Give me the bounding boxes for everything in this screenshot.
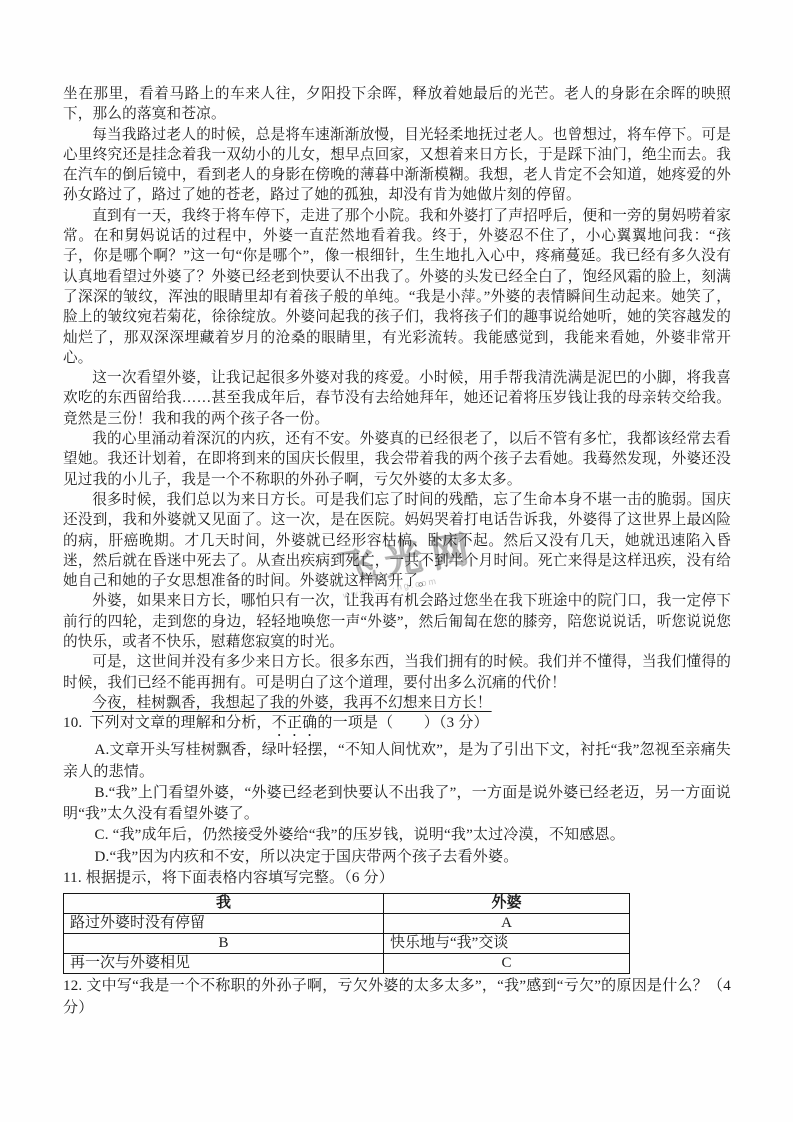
question-10-stem: 10.下列对文章的理解和分析，不正确的一项是（ ）（3 分） <box>63 713 731 740</box>
table-cell-blank-A: A <box>384 914 630 934</box>
option-a: A.文章开头写桂树飘香，绿叶轻摆，“不知人间忧欢”，是为了引出下文，衬托“我”忽… <box>63 740 731 783</box>
passage-paragraph: 这一次看望外婆，让我记起很多外婆对我的疼爱。小时候，用手帮我清洗满是泥巴的小脚，… <box>63 368 731 429</box>
question-12: 12. 文中写“我是一个不称职的外孙子啊，亏欠外婆的太多太多”，“我”感到“亏欠… <box>63 976 731 1019</box>
passage-paragraph: 坐在那里，看着马路上的车来人往，夕阳投下余晖，释放着她最后的光芒。老人的身影在余… <box>63 84 731 125</box>
table-cell-blank-C: C <box>384 954 630 974</box>
question-10-stem-pre: 下列对文章的理解和分析， <box>89 715 271 731</box>
table-header-grandma: 外婆 <box>384 894 630 914</box>
table-row: 再一次与外婆相见 C <box>64 954 630 974</box>
option-b: B.“我”上门看望外婆，“外婆已经老到快要认不出我了”，一方面是说外婆已经老迈，… <box>63 783 731 826</box>
table-cell: 再一次与外婆相见 <box>64 954 384 974</box>
passage-paragraph: 每当我路过老人的时候，总是将车速渐渐放慢，目光轻柔地抚过老人。也曾想过，将车停下… <box>63 125 731 206</box>
table-cell: 快乐地与“我”交谈 <box>384 934 630 954</box>
questions-section: 10.下列对文章的理解和分析，不正确的一项是（ ）（3 分） A.文章开头写桂树… <box>63 713 731 1019</box>
reading-passage: 坐在那里，看着马路上的车来人往，夕阳投下余晖，释放着她最后的光芒。老人的身影在余… <box>63 84 731 713</box>
passage-paragraph: 直到有一天，我终于将车停下，走进了那个小院。我和外婆打了声招呼后，便和一旁的舅妈… <box>63 206 731 368</box>
question-10-number: 10. <box>63 715 82 731</box>
table-cell-blank-B: B <box>64 934 384 954</box>
question-11-stem: 11. 根据提示，将下面表格内容填写完整。（6 分） <box>63 868 731 889</box>
passage-paragraph: 可是，这世间并没有多少来日方长。很多东西，当我们拥有的时候。我们并不懂得，当我们… <box>63 652 731 693</box>
table-header-row: 我 外婆 <box>64 894 630 914</box>
passage-closing-line: 今夜，桂树飘香，我想起了我的外婆，我再不幻想来日方长！ <box>63 693 731 713</box>
question-12-stem: 12. 文中写“我是一个不称职的外孙子啊，亏欠外婆的太多太多”，“我”感到“亏欠… <box>63 976 731 1019</box>
question-10-emphasis: 不正确 <box>272 715 318 731</box>
option-c: C. “我”成年后，仍然接受外婆给“我”的压岁钱，说明“我”太过冷漠，不知感恩。 <box>63 825 731 846</box>
option-d: D.“我”因为内疚和不安，所以决定于国庆带两个孩子去看外婆。 <box>63 847 731 868</box>
table-row: 路过外婆时没有停留 A <box>64 914 630 934</box>
table-cell: 路过外婆时没有停留 <box>64 914 384 934</box>
passage-paragraph: 我的心里涌动着深沉的内疚，还有不安。外婆真的已经很老了，以后不管有多忙，我都该经… <box>63 429 731 490</box>
question-10-stem-post: 的一项是（ ）（3 分） <box>317 715 488 731</box>
table-row: B 快乐地与“我”交谈 <box>64 934 630 954</box>
passage-paragraph: 很多时候，我们总以为来日方长。可是我们忘了时间的残酷，忘了生命本身不堪一击的脆弱… <box>63 490 731 591</box>
question-11: 11. 根据提示，将下面表格内容填写完整。（6 分） 我 外婆 路过外婆时没有停… <box>63 868 731 974</box>
question-10: 10.下列对文章的理解和分析，不正确的一项是（ ）（3 分） A.文章开头写桂树… <box>63 713 731 868</box>
exam-page: 飞光网 www.·····ng.com 坐在那里，看着马路上的车来人往，夕阳投下… <box>0 0 793 1122</box>
underlined-sentence: 今夜，桂树飘香，我想起了我的外婆，我再不幻想来日方长！ <box>92 695 491 711</box>
passage-paragraph: 外婆，如果来日方长，哪怕只有一次，让我再有机会路过您坐在我下班途中的院门口，我一… <box>63 591 731 652</box>
page-content: 坐在那里，看着马路上的车来人往，夕阳投下余晖，释放着她最后的光芒。老人的身影在余… <box>63 84 731 1019</box>
table-header-me: 我 <box>64 894 384 914</box>
q11-fill-table: 我 外婆 路过外婆时没有停留 A B 快乐地与“我”交谈 <box>63 893 630 974</box>
